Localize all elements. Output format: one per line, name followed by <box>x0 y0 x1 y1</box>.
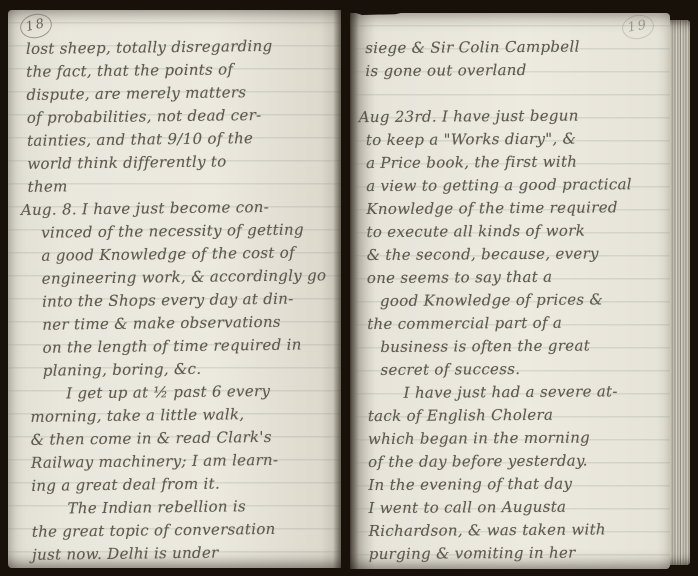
handwriting-line: tack of English Cholera <box>368 403 663 428</box>
handwriting-line: business is often the great <box>380 334 662 359</box>
handwriting-line: just now. Delhi is under <box>32 540 336 567</box>
handwriting-line: one seems to say that a <box>367 265 662 290</box>
handwriting-line: I went to call on Augusta <box>368 495 663 520</box>
handwriting-line: into the Shops every day at din- <box>42 287 333 314</box>
handwriting-line: I have just had a severe at- <box>404 380 663 405</box>
handwriting-line: to execute all kinds of work <box>366 219 661 244</box>
journal-right-page: 19 siege & Sir Colin Campbellis gone out… <box>350 13 670 569</box>
handwriting-line: siege & Sir Colin Campbell <box>365 35 660 60</box>
handwriting-line: In the evening of that day <box>368 472 663 497</box>
handwriting-line: & the second, because, every <box>367 242 662 267</box>
handwriting-line: a Price book, the first with <box>366 150 661 175</box>
journal-left-page: 18 lost sheep, totally disregardingthe f… <box>8 10 341 568</box>
handwriting-line: good Knowledge of prices & <box>380 288 662 313</box>
handwriting-line: a view to getting a good practical <box>366 173 661 198</box>
handwriting-line: which began in the morning <box>368 426 663 451</box>
handwriting-line: to keep a "Works diary", & <box>366 127 661 152</box>
handwriting-line: The Indian rebellion is <box>67 494 335 520</box>
handwriting-line: Richardson, & was taken with <box>369 518 664 543</box>
handwriting-line: purging & vomiting in her <box>369 541 664 566</box>
handwriting-line: on the length of time required in <box>42 333 333 360</box>
right-page-handwriting: siege & Sir Colin Campbellis gone out ov… <box>365 35 664 566</box>
handwriting-line: Aug 23rd. I have just begun <box>359 104 661 129</box>
handwriting-line: of the day before yesterday. <box>368 449 663 474</box>
handwriting-line: Knowledge of the time required <box>366 196 661 221</box>
page-edge-stack <box>670 20 690 565</box>
left-page-handwriting: lost sheep, totally disregardingthe fact… <box>26 34 336 567</box>
page-number-left: 18 <box>18 11 54 41</box>
open-journal-photo: 18 lost sheep, totally disregardingthe f… <box>0 0 698 576</box>
handwriting-line: is gone out overland <box>365 58 660 83</box>
handwriting-line: secret of success. <box>380 357 662 382</box>
handwriting-line: the commercial part of a <box>367 311 662 336</box>
handwriting-line: I get up at ½ past 6 every <box>66 379 334 405</box>
